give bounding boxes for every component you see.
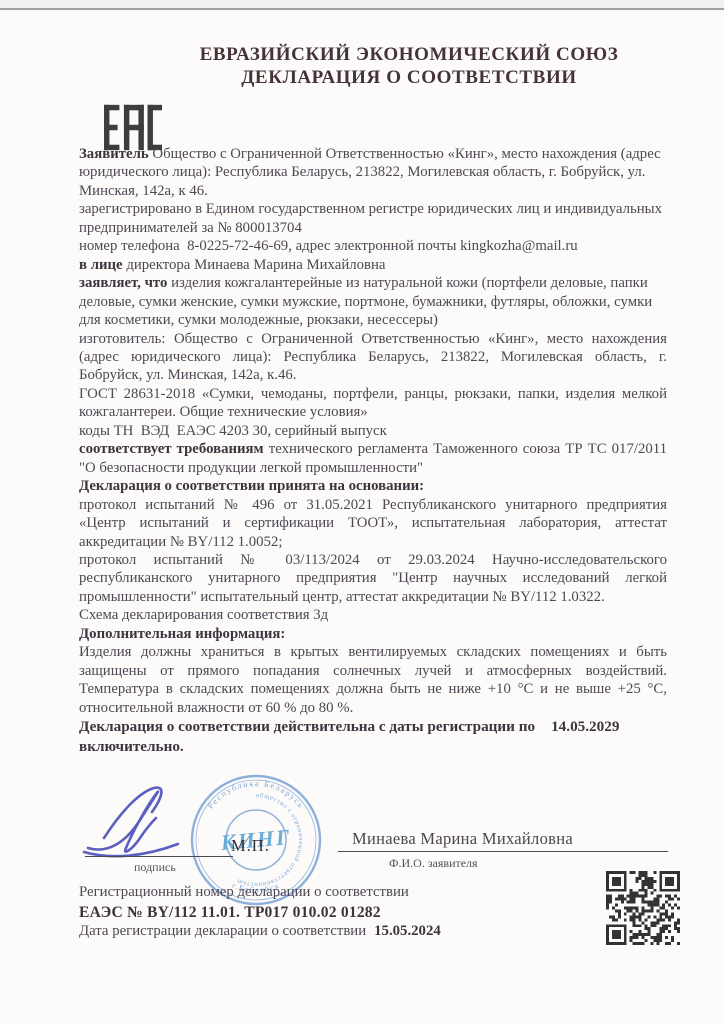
fio-caption: Ф.И.О. заявителя xyxy=(389,856,478,871)
reg-number-label: Регистрационный номер декларации о соотв… xyxy=(79,883,441,903)
protocol1-paragraph: протокол испытаний № 496 от 31.05.2021 Р… xyxy=(79,496,667,551)
signature-line xyxy=(85,856,233,857)
applicant-paragraph: Заявитель Общество с Ограниченной Ответс… xyxy=(79,145,667,200)
validity-date: 14.05.2029 xyxy=(551,718,619,735)
manufacturer-paragraph: изготовитель: Общество с Ограниченной От… xyxy=(79,330,667,385)
reg-date-line: Дата регистрации декларации о соответств… xyxy=(79,922,441,942)
additional-info-text: Изделия должны храниться в крытых вентил… xyxy=(79,643,667,717)
basis-heading: Декларация о соответствии принята на осн… xyxy=(79,477,667,495)
additional-info-heading: Дополнительная информация: xyxy=(79,625,667,643)
phone-email-paragraph: номер телефона 8-0225-72-46-69, адрес эл… xyxy=(79,237,667,255)
declares-label: заявляет, что xyxy=(79,275,167,291)
applicant-fio-name: Минаева Марина Михайловна xyxy=(352,829,573,849)
declares-paragraph: заявляет, что изделия кожгалантерейные и… xyxy=(79,274,667,329)
in-person-label: в лице xyxy=(79,257,123,273)
applicant-label: Заявитель xyxy=(79,146,149,162)
title-union-line: ЕВРАЗИЙСКИЙ ЭКОНОМИЧЕСКИЙ СОЮЗ xyxy=(100,44,718,67)
document-title: ЕВРАЗИЙСКИЙ ЭКОНОМИЧЕСКИЙ СОЮЗ ДЕКЛАРАЦИ… xyxy=(100,44,718,89)
validity-paragraph: Декларация о соответствии действительна … xyxy=(79,717,667,757)
stamp-place-label: М.П. xyxy=(231,836,270,856)
declaration-document-page: ЕВРАЗИЙСКИЙ ЭКОНОМИЧЕСКИЙ СОЮЗ ДЕКЛАРАЦИ… xyxy=(0,0,724,1024)
registration-footer: Регистрационный номер декларации о соотв… xyxy=(79,883,441,942)
scan-edge-artifact xyxy=(0,0,724,10)
validity-suffix: включительно. xyxy=(79,738,184,755)
complies-paragraph: соответствует требованиям технического р… xyxy=(79,440,667,477)
codes-paragraph: коды ТН ВЭД ЕАЭС 4203 30, серийный выпус… xyxy=(79,422,667,440)
scheme-paragraph: Схема декларирования соответствия 3д xyxy=(79,606,667,624)
registration-paragraph: зарегистрировано в Едином государственно… xyxy=(79,200,667,237)
in-person-paragraph: в лице директора Минаева Марина Михайлов… xyxy=(79,256,667,274)
declaration-body: Заявитель Общество с Ограниченной Ответс… xyxy=(79,145,667,757)
protocol2-paragraph: протокол испытаний № 03/113/2024 от 29.0… xyxy=(79,551,667,606)
reg-date-value: 15.05.2024 xyxy=(374,923,441,939)
reg-number-value: ЕАЭС № BY/112 11.01. ТР017 010.02 01282 xyxy=(79,903,441,923)
signature-caption: подпись xyxy=(134,860,176,875)
title-declaration-line: ДЕКЛАРАЦИЯ О СООТВЕТСТВИИ xyxy=(100,67,718,90)
complies-label: соответствует требованиям xyxy=(79,441,264,457)
validity-prefix: Декларация о соответствии действительна … xyxy=(79,718,535,735)
qr-code xyxy=(606,871,680,945)
gost-paragraph: ГОСТ 28631-2018 «Сумки, чемоданы, портфе… xyxy=(79,385,667,422)
applicant-text: Общество с Ограниченной Ответственностью… xyxy=(79,146,661,199)
reg-date-label: Дата регистрации декларации о соответств… xyxy=(79,923,366,939)
fio-line xyxy=(338,851,668,852)
in-person-text: директора Минаева Марина Михайловна xyxy=(126,257,385,273)
